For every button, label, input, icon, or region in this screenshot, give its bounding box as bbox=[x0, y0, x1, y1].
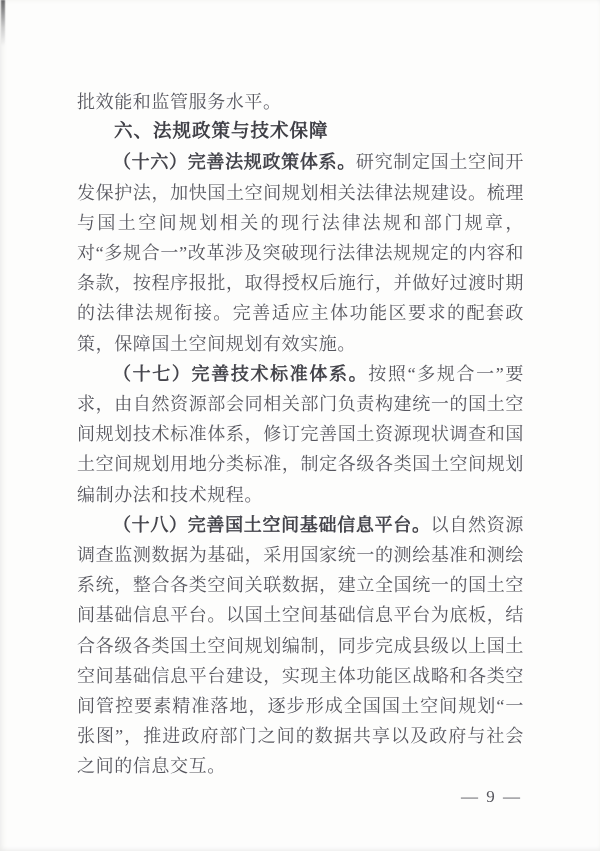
section-heading: 六、法规政策与技术保障 bbox=[77, 117, 524, 147]
document-page: 批效能和监管服务水平。 六、法规政策与技术保障 （十六）完善法规政策体系。研究制… bbox=[0, 0, 600, 851]
paragraph-article-18-body: 以自然资源调查监测数据为基础，采用国家统一的测绘基准和测绘系统，整合各类空间关联… bbox=[77, 515, 524, 777]
scan-artifact-left-edge bbox=[1, 0, 5, 46]
paragraph-article-18: （十八）完善国土空间基础信息平台。以自然资源调查监测数据为基础，采用国家统一的测… bbox=[77, 510, 524, 782]
paragraph-continuation: 批效能和监管服务水平。 bbox=[77, 87, 524, 117]
paragraph-article-17: （十七）完善技术标准体系。按照“多规合一”要求，由自然资源部会同相关部门负责构建… bbox=[77, 359, 524, 510]
page-number: — 9 — bbox=[77, 782, 524, 812]
document-content: 批效能和监管服务水平。 六、法规政策与技术保障 （十六）完善法规政策体系。研究制… bbox=[77, 87, 524, 812]
paragraph-article-16-body: 研究制定国土空间开发保护法，加快国土空间规划相关法律法规建设。梳理与国土空间规划… bbox=[77, 152, 524, 353]
paragraph-article-16: （十六）完善法规政策体系。研究制定国土空间开发保护法，加快国土空间规划相关法律法… bbox=[77, 147, 524, 358]
paragraph-article-17-lead: （十七）完善技术标准体系。 bbox=[113, 364, 368, 384]
paragraph-article-17-body: 按照“多规合一”要求，由自然资源部会同相关部门负责构建统一的国土空间规划技术标准… bbox=[77, 364, 524, 505]
paragraph-article-16-lead: （十六）完善法规政策体系。 bbox=[113, 152, 356, 172]
paragraph-article-18-lead: （十八）完善国土空间基础信息平台。 bbox=[113, 515, 431, 535]
